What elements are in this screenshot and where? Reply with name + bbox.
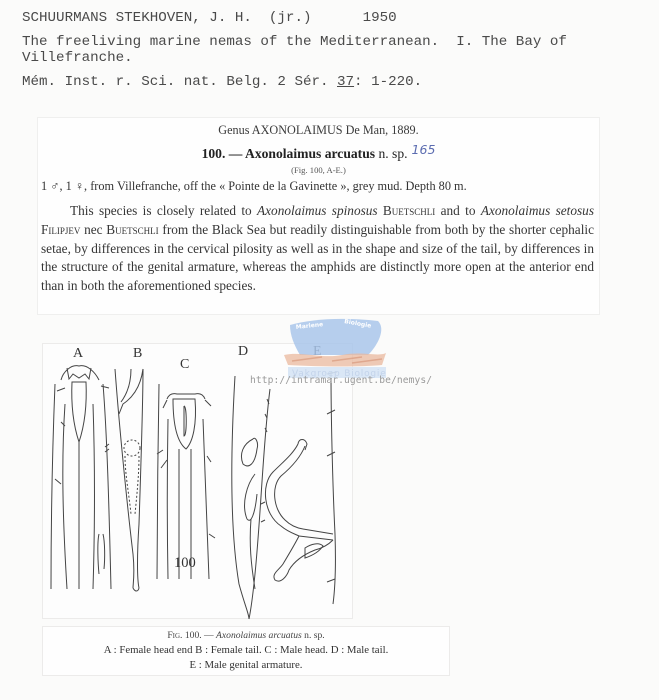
panel-label-a: A [73,346,83,362]
genus-heading: Genus AXONOLAIMUS De Man, 1889. [38,123,599,138]
author-line: SCHUURMANS STEKHOVEN, J. H. (jr.) 1950 [22,10,397,27]
panel-a-drawing [51,366,111,589]
species-name: Axonolaimus arcuatus [245,146,375,161]
panel-c-drawing [157,384,215,579]
species-description-clipping: Genus AXONOLAIMUS De Man, 1889. 100. — A… [37,117,600,315]
volume-number: 37 [337,74,354,90]
figure-reference: (Fig. 100, A-E.) [38,165,599,175]
figure-caption: Fig. 100. — Axonolaimus arcuatus n. sp. … [42,626,450,676]
author: SCHUURMANS STEKHOVEN, J. H. (jr.) [22,10,311,26]
panel-e-drawing [265,372,337,604]
year: 1950 [363,10,397,26]
panel-label-b: B [133,346,142,362]
figure-number: 100 [174,555,196,572]
title-line-1: The freeliving marine nemas of the Medit… [22,34,567,51]
panel-d-drawing [232,376,270,619]
citation-line: Mém. Inst. r. Sci. nat. Belg. 2 Sér. 37:… [22,74,422,91]
panel-label-c: C [180,357,189,373]
species-heading: 100. — Axonolaimus arcuatus n. sp.165 [38,146,599,162]
panel-b-drawing [115,369,143,591]
material-examined: 1 ♂, 1 ♀, from Villefranche, off the « P… [41,179,601,194]
description-paragraph: This species is closely related to Axono… [41,202,594,296]
watermark-url: http://intramar.ugent.be/nemys/ [250,375,432,386]
caption-legend-line-1: A : Female head end B : Female tail. C :… [43,644,449,656]
caption-legend-line-2: E : Male genital armature. [43,659,449,671]
title-line-2: Villefranche. [22,50,133,67]
panel-label-d: D [238,344,248,360]
handwritten-number: 165 [412,142,436,157]
caption-title: Fig. 100. — Axonolaimus arcuatus n. sp. [43,630,449,641]
